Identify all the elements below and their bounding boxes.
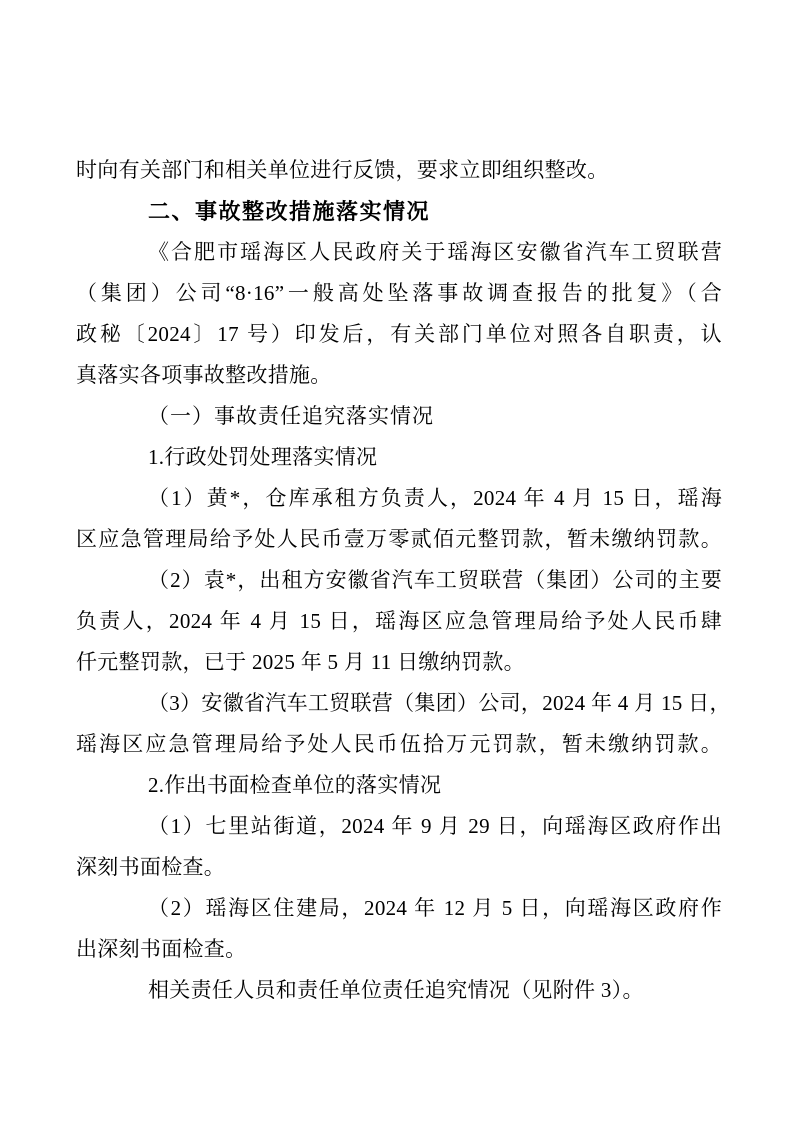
penalty-item-2-line-1: （2）袁*，出租方安徽省汽车工贸联营（集团）公司的主要 [76,560,722,601]
subsection-heading: （一）事故责任追究落实情况 [76,396,722,437]
paragraph-batifu-line-1: 《合肥市瑶海区人民政府关于瑶海区安徽省汽车工贸联营 [76,232,722,273]
inspection-item-2-line-2: 出深刻书面检查。 [76,929,722,970]
penalty-item-2-line-3: 仟元整罚款，已于 2025 年 5 月 11 日缴纳罚款。 [76,642,722,683]
penalty-item-1-line-2: 区应急管理局给予处人民币壹万零贰佰元整罚款，暂未缴纳罚款。 [76,519,722,560]
numbered-heading-1: 1.行政处罚处理落实情况 [76,437,722,478]
inspection-item-2-line-1: （2）瑶海区住建局，2024 年 12 月 5 日，向瑶海区政府作 [76,888,722,929]
paragraph-batifu-line-3: 政秘〔2024〕17 号）印发后，有关部门单位对照各自职责，认 [76,314,722,355]
paragraph-batifu-line-2: （集团）公司“8·16”一般高处坠落事故调查报告的批复》（合 [76,273,722,314]
numbered-heading-2: 2.作出书面检查单位的落实情况 [76,765,722,806]
document-viewer: { "colors": { "background": "#ffffff", "… [0,0,793,1122]
section-heading: 二、事故整改措施落实情况 [76,191,722,232]
inspection-item-1-line-1: （1）七里站街道，2024 年 9 月 29 日，向瑶海区政府作出 [76,806,722,847]
penalty-item-2-line-2: 负责人，2024 年 4 月 15 日，瑶海区应急管理局给予处人民币肆 [76,601,722,642]
continuation-text-line: 时向有关部门和相关单位进行反馈，要求立即组织整改。 [76,150,722,191]
penalty-item-3-line-1: （3）安徽省汽车工贸联营（集团）公司，2024 年 4 月 15 日， [76,683,722,724]
document-page: 时向有关部门和相关单位进行反馈，要求立即组织整改。 二、事故整改措施落实情况 《… [76,150,722,1011]
inspection-item-1-line-2: 深刻书面检查。 [76,847,722,888]
attachment-reference-line: 相关责任人员和责任单位责任追究情况（见附件 3）。 [76,970,722,1011]
penalty-item-1-line-1: （1）黄*，仓库承租方负责人，2024 年 4 月 15 日，瑶海 [76,478,722,519]
paragraph-batifu-line-4: 真落实各项事故整改措施。 [76,355,722,396]
penalty-item-3-line-2: 瑶海区应急管理局给予处人民币伍拾万元罚款，暂未缴纳罚款。 [76,724,722,765]
